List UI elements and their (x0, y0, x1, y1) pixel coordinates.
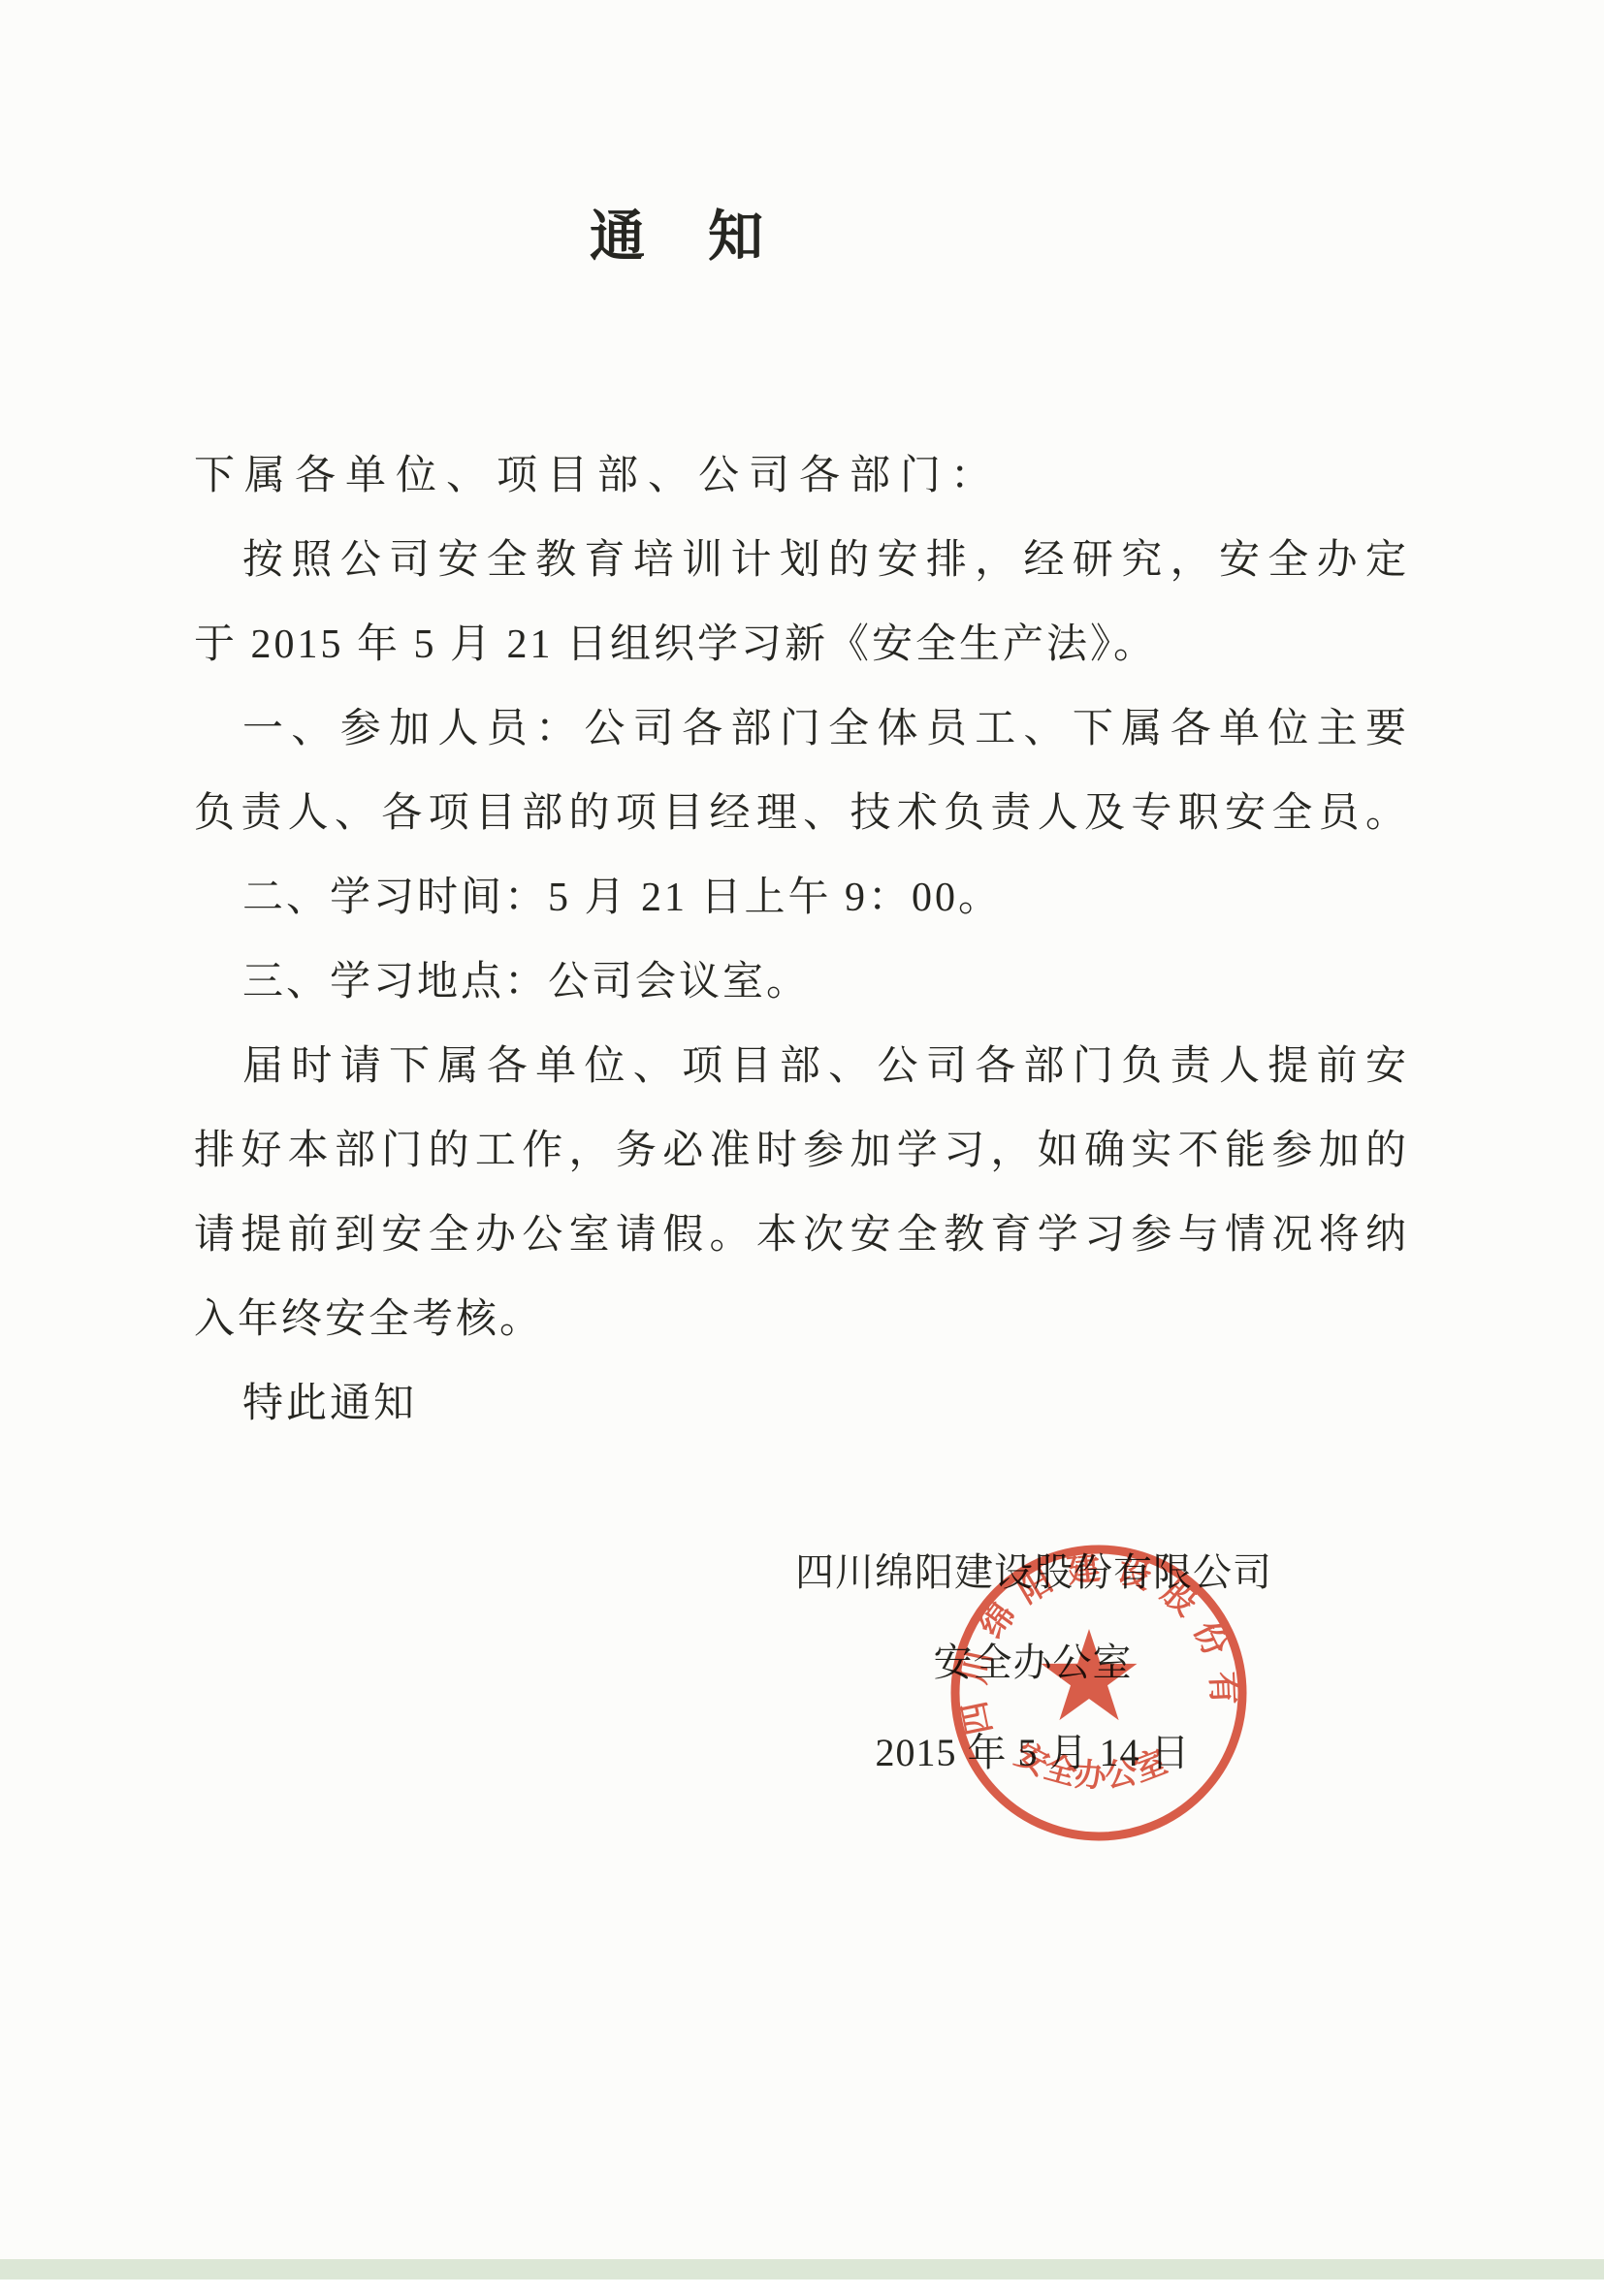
seal-arc-text: 四川绵阳建设股份有限公司 (944, 1538, 1242, 1738)
body-line: 下属各单位、项目部、公司各部门： (194, 434, 1408, 519)
document-title: 通 知 (590, 192, 767, 271)
body-line: 于 2015 年 5 月 21 日组织学习新《安全生产法》。 (194, 603, 1408, 687)
body-line: 三、学习地点：公司会议室。 (194, 941, 1408, 1025)
body-line: 负责人、各项目部的项目经理、技术负责人及专职安全员。 (194, 772, 1408, 856)
body-line: 二、学习时间：5 月 21 日上午 9：00。 (194, 856, 1408, 941)
body-line: 请提前到安全办公室请假。本次安全教育学习参与情况将纳 (194, 1194, 1408, 1278)
scanned-notice-page: 通 知 下属各单位、项目部、公司各部门： 按照公司安全教育培训计划的安排，经研究… (0, 0, 1604, 2296)
body-line: 特此通知 (194, 1362, 1408, 1447)
body-line: 届时请下属各单位、项目部、公司各部门负责人提前安 (194, 1025, 1408, 1109)
seal-bottom-text: 安全办公室 (1010, 1736, 1171, 1794)
official-red-seal: 四川绵阳建设股份有限公司 安全办公室 (944, 1538, 1254, 1848)
body-line: 一、参加人员：公司各部门全体员工、下属各单位主要 (194, 687, 1408, 772)
body-line: 排好本部门的工作，务必准时参加学习，如确实不能参加的 (194, 1109, 1408, 1194)
body-line: 按照公司安全教育培训计划的安排，经研究，安全办定 (194, 519, 1408, 603)
scan-edge-strip (0, 2259, 1604, 2280)
star-icon (1042, 1629, 1138, 1720)
scan-edge-bottom (0, 2280, 1604, 2296)
body-line: 入年终安全考核。 (194, 1278, 1408, 1362)
notice-body: 下属各单位、项目部、公司各部门： 按照公司安全教育培训计划的安排，经研究，安全办… (194, 434, 1408, 1447)
